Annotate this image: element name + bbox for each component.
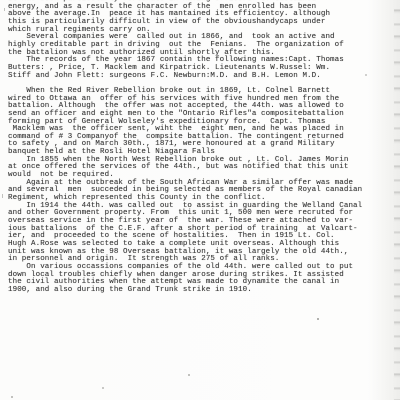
scan-speck	[188, 374, 190, 376]
scan-speck	[102, 387, 104, 389]
scan-speck	[317, 318, 319, 320]
scan-speck	[4, 8, 5, 11]
scan-speck	[11, 396, 13, 398]
scan-speck	[2, 194, 3, 198]
scan-speck	[365, 74, 367, 76]
document-text: It has been particularly fortunate in ha…	[8, 0, 362, 295]
scanned-document-page: It has been particularly fortunate in ha…	[0, 0, 400, 400]
scan-edge-artifact	[394, 0, 400, 400]
